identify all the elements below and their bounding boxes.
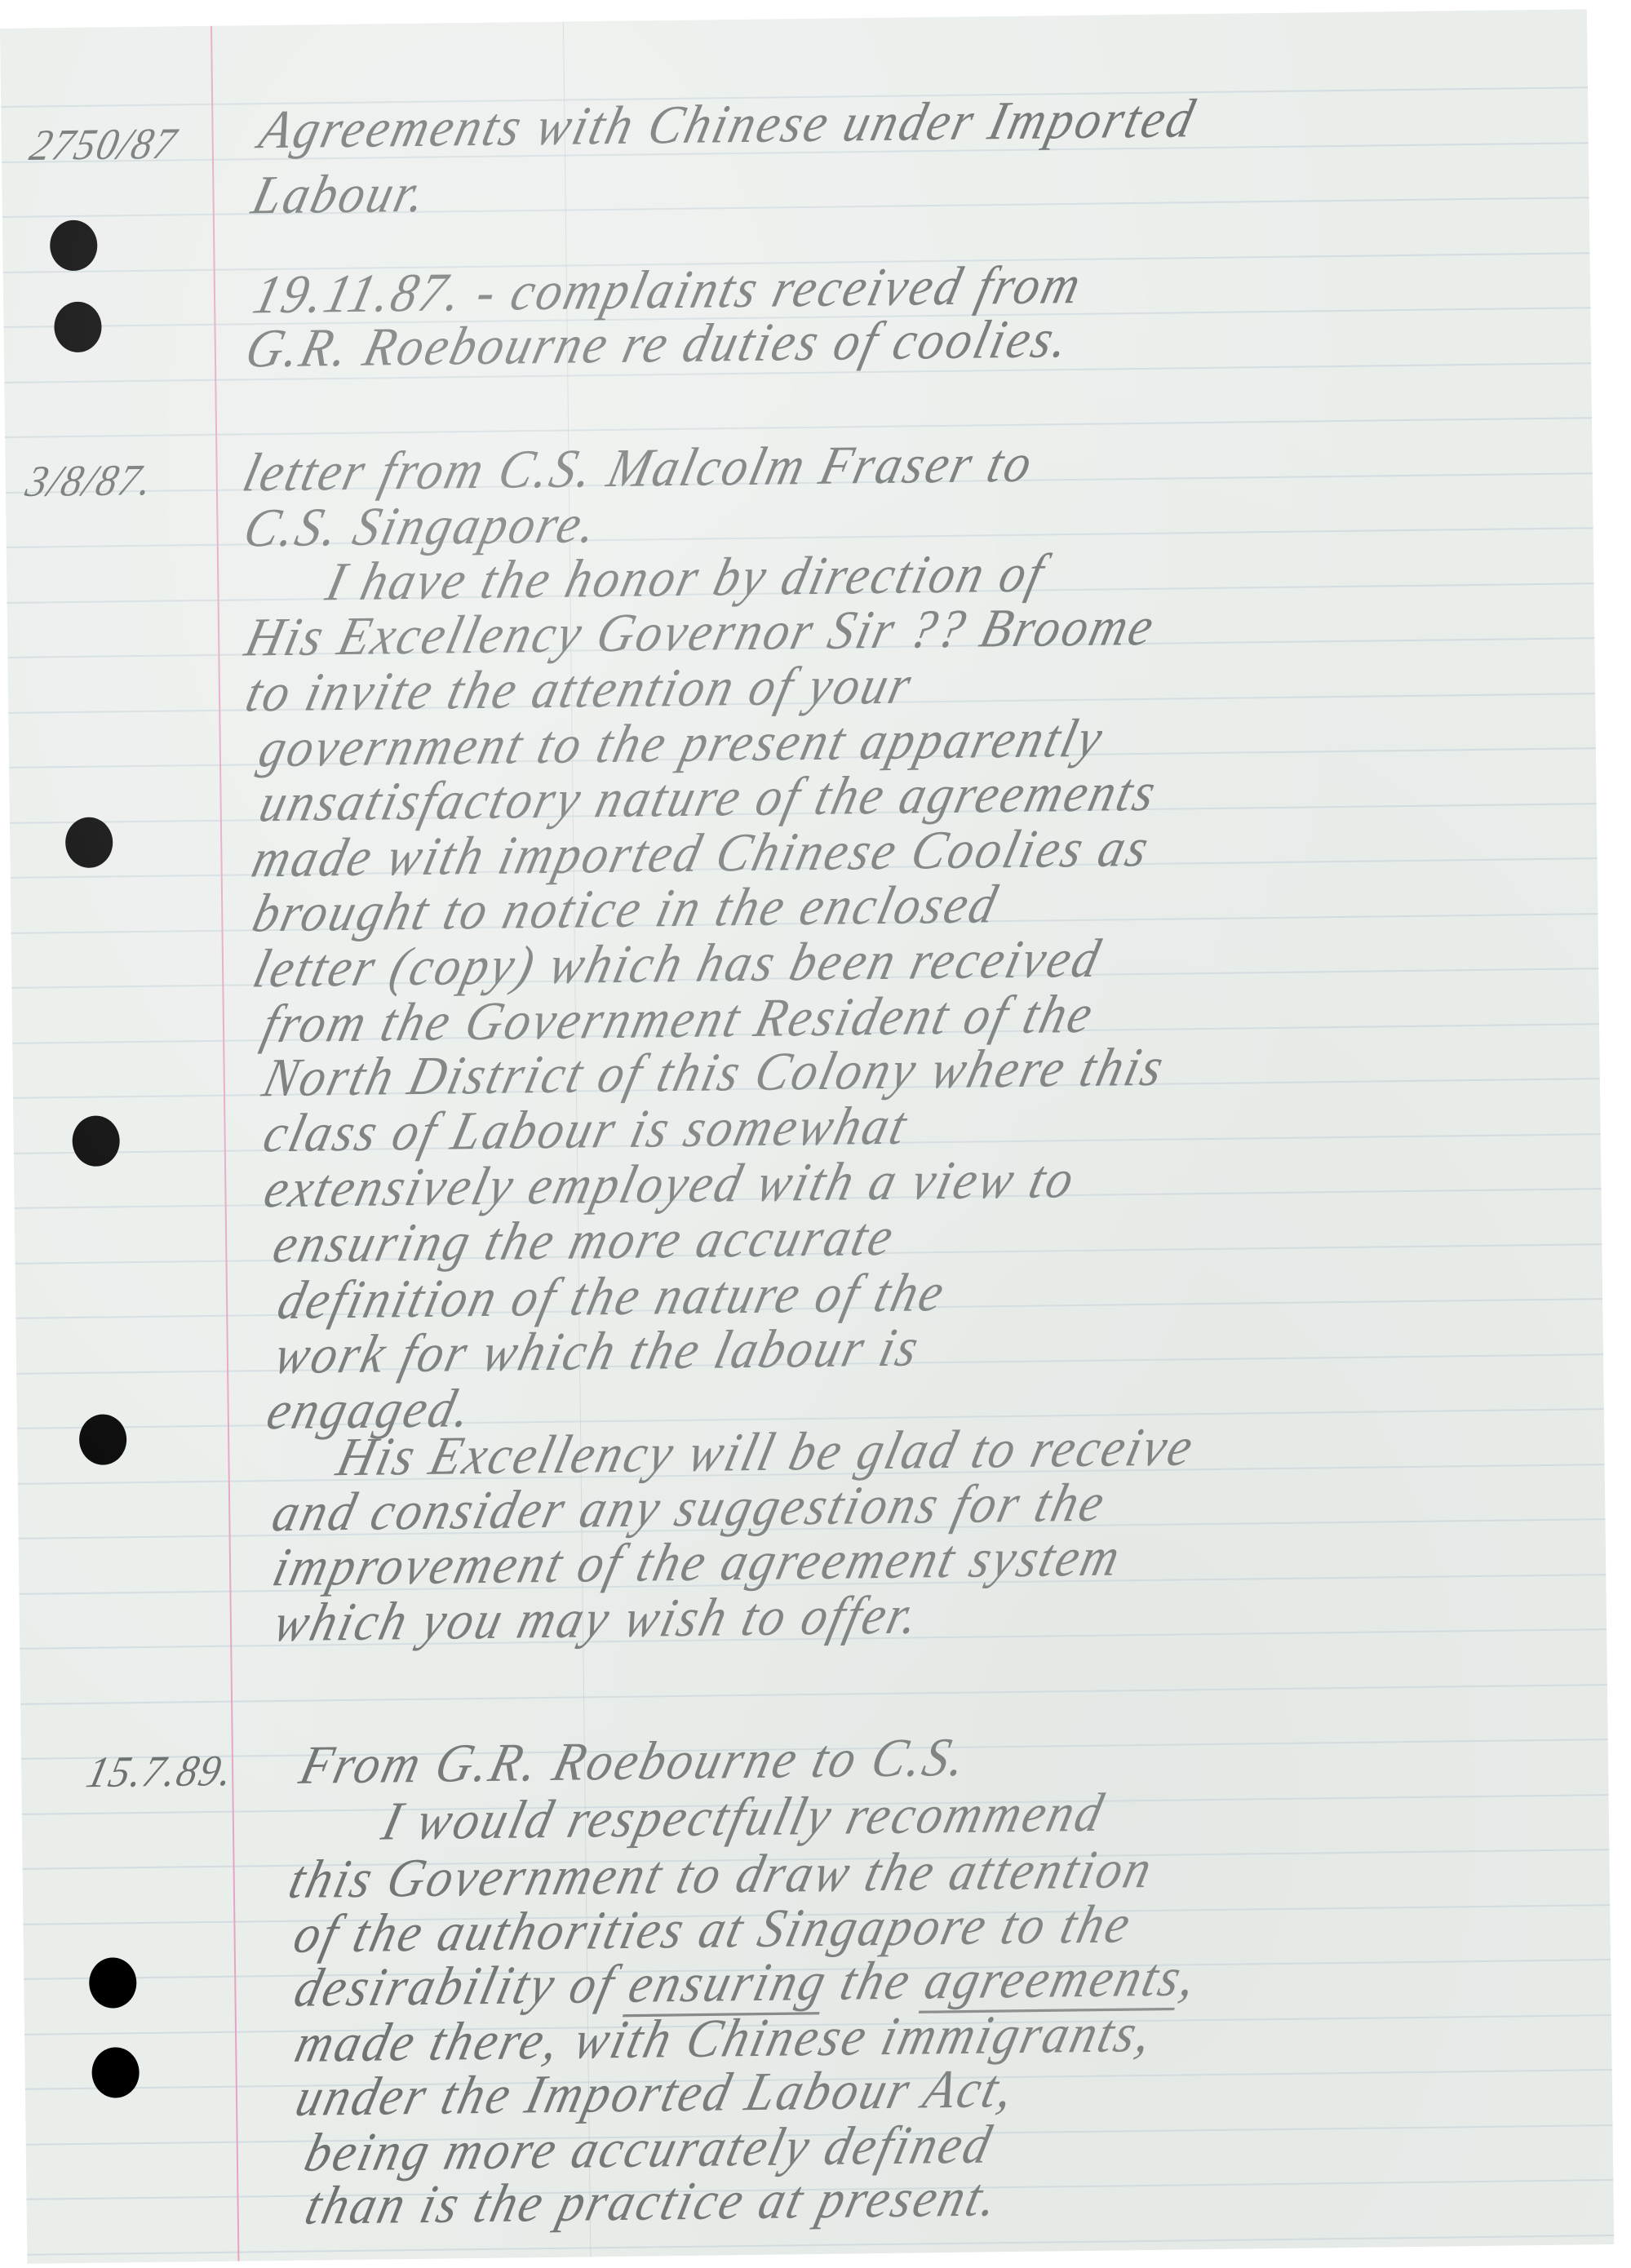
handwritten-line: than is the practice at present. [300, 2170, 1005, 2234]
margin-note: 3/8/87. [22, 458, 158, 503]
handwritten-line: ensuring the more accurate [268, 1210, 901, 1272]
entry-letter-cs-singapore: 3/8/87. letter from C.S. Malcolm Fraser … [0, 9, 1587, 29]
handwritten-line: made there, with Chinese immigrants, [290, 2006, 1159, 2071]
punch-hole [50, 220, 98, 272]
punch-hole [72, 1115, 120, 1167]
handwritten-line: Agreements with Chinese under Imported [255, 91, 1202, 157]
underlined-word: agreements [919, 1947, 1189, 2010]
punch-hole [91, 2047, 140, 2098]
handwritten-line: made with imported Chinese Coolies as [247, 821, 1156, 887]
ruled-line [5, 417, 1592, 438]
underlined-word: ensuring [623, 1951, 834, 2014]
handwritten-line: His Excellency Governor Sir ?? Broome [241, 600, 1161, 666]
ruled-line [27, 2235, 1614, 2256]
handwritten-line: work for which the labour is [269, 1320, 925, 1383]
ruled-line [20, 1684, 1607, 1705]
handwritten-line: letter from C.S. Malcolm Fraser to [238, 436, 1039, 501]
handwritten-line: C.S. Singapore. [239, 497, 605, 556]
punch-hole [89, 1957, 137, 2009]
handwritten-line: which you may wish to offer. [268, 1588, 926, 1650]
handwritten-line: North District of this Colony where this [258, 1040, 1171, 1106]
handwritten-line: Labour. [247, 166, 433, 224]
paper-sheet: 2750/87 Agreements with Chinese under Im… [0, 9, 1614, 2264]
handwritten-line: G.R. Roebourne re duties of coolies. [241, 312, 1076, 376]
entry-complaints: 19.11.87. - complaints received from G.R… [0, 9, 1587, 29]
ruled-line [2, 197, 1589, 218]
handwritten-line: From G.R. Roebourne to C.S. [295, 1730, 973, 1793]
punch-hole [54, 302, 102, 353]
ruled-lines [0, 9, 1587, 29]
punch-hole [79, 1414, 127, 1465]
margin-note: 15.7.89. [82, 1748, 238, 1794]
handwritten-line: extensively employed with a view to [259, 1152, 1081, 1216]
entry-roebourne-to-cs: 15.7.89. From G.R. Roebourne to C.S. I w… [0, 9, 1587, 29]
margin-line [211, 26, 239, 2261]
handwritten-line: improvement of the agreement system [268, 1530, 1127, 1595]
entry-file-reference: 2750/87 Agreements with Chinese under Im… [0, 9, 1587, 29]
margin-note: 2750/87 [26, 121, 182, 166]
handwritten-line: I would respectfully recommend [377, 1786, 1110, 1849]
punch-hole [65, 817, 113, 868]
